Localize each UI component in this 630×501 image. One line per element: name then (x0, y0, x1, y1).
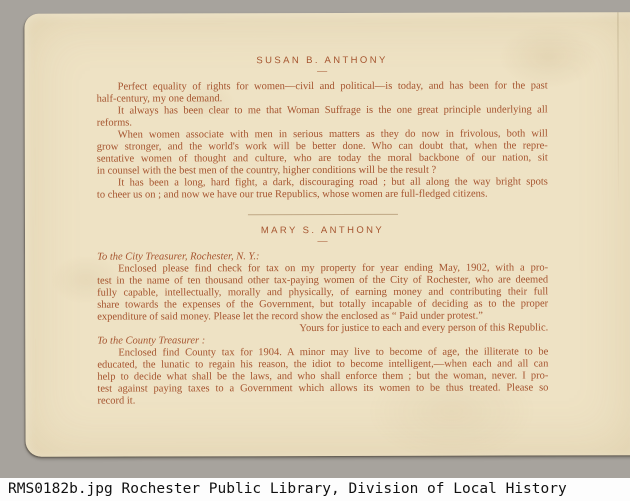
paragraph-line: record it. (97, 394, 548, 407)
susan-paragraph-4: It has been a long, hard fight, a dark, … (97, 176, 548, 201)
paragraph-line: sentative women of thought and culture, … (97, 152, 548, 165)
susan-heading-dash: — (97, 67, 548, 76)
document-card: SUSAN B. ANTHONY — Perfect equality of r… (24, 12, 630, 457)
caption-bar: RMS0182b.jpg Rochester Public Library, D… (0, 478, 630, 501)
paragraph-line: test against paying taxes to a Governmen… (97, 382, 548, 395)
screenshot-stage: SUSAN B. ANTHONY — Perfect equality of r… (0, 0, 630, 501)
paragraph-line: Perfect equality of rights for women—civ… (97, 80, 548, 93)
yours-for-justice-line: Yours for justice to each and every pers… (97, 322, 548, 335)
section-divider (247, 214, 397, 215)
city-treasurer-paragraph: Enclosed please find check for tax on my… (97, 262, 548, 323)
caption-text: RMS0182b.jpg Rochester Public Library, D… (0, 478, 630, 501)
mary-section: MARY S. ANTHONY — To the City Treasurer,… (97, 224, 548, 407)
paragraph-line: It always has been clear to me that Woma… (97, 104, 548, 117)
county-treasurer-paragraph: Enclosed find County tax for 1904. A min… (97, 346, 548, 407)
card-text-area: SUSAN B. ANTHONY — Perfect equality of r… (97, 54, 549, 407)
susan-paragraph-3: When women associate with men in serious… (97, 128, 548, 177)
susan-paragraph-1: Perfect equality of rights for women—civ… (97, 80, 548, 105)
susan-paragraph-2: It always has been clear to me that Woma… (97, 104, 548, 129)
mary-heading-dash: — (97, 237, 548, 246)
photo-background: SUSAN B. ANTHONY — Perfect equality of r… (0, 0, 630, 478)
paragraph-line: to cheer us on ; and now we have our tru… (97, 188, 548, 201)
susan-section: SUSAN B. ANTHONY — Perfect equality of r… (97, 54, 548, 201)
card-crease (617, 12, 618, 202)
